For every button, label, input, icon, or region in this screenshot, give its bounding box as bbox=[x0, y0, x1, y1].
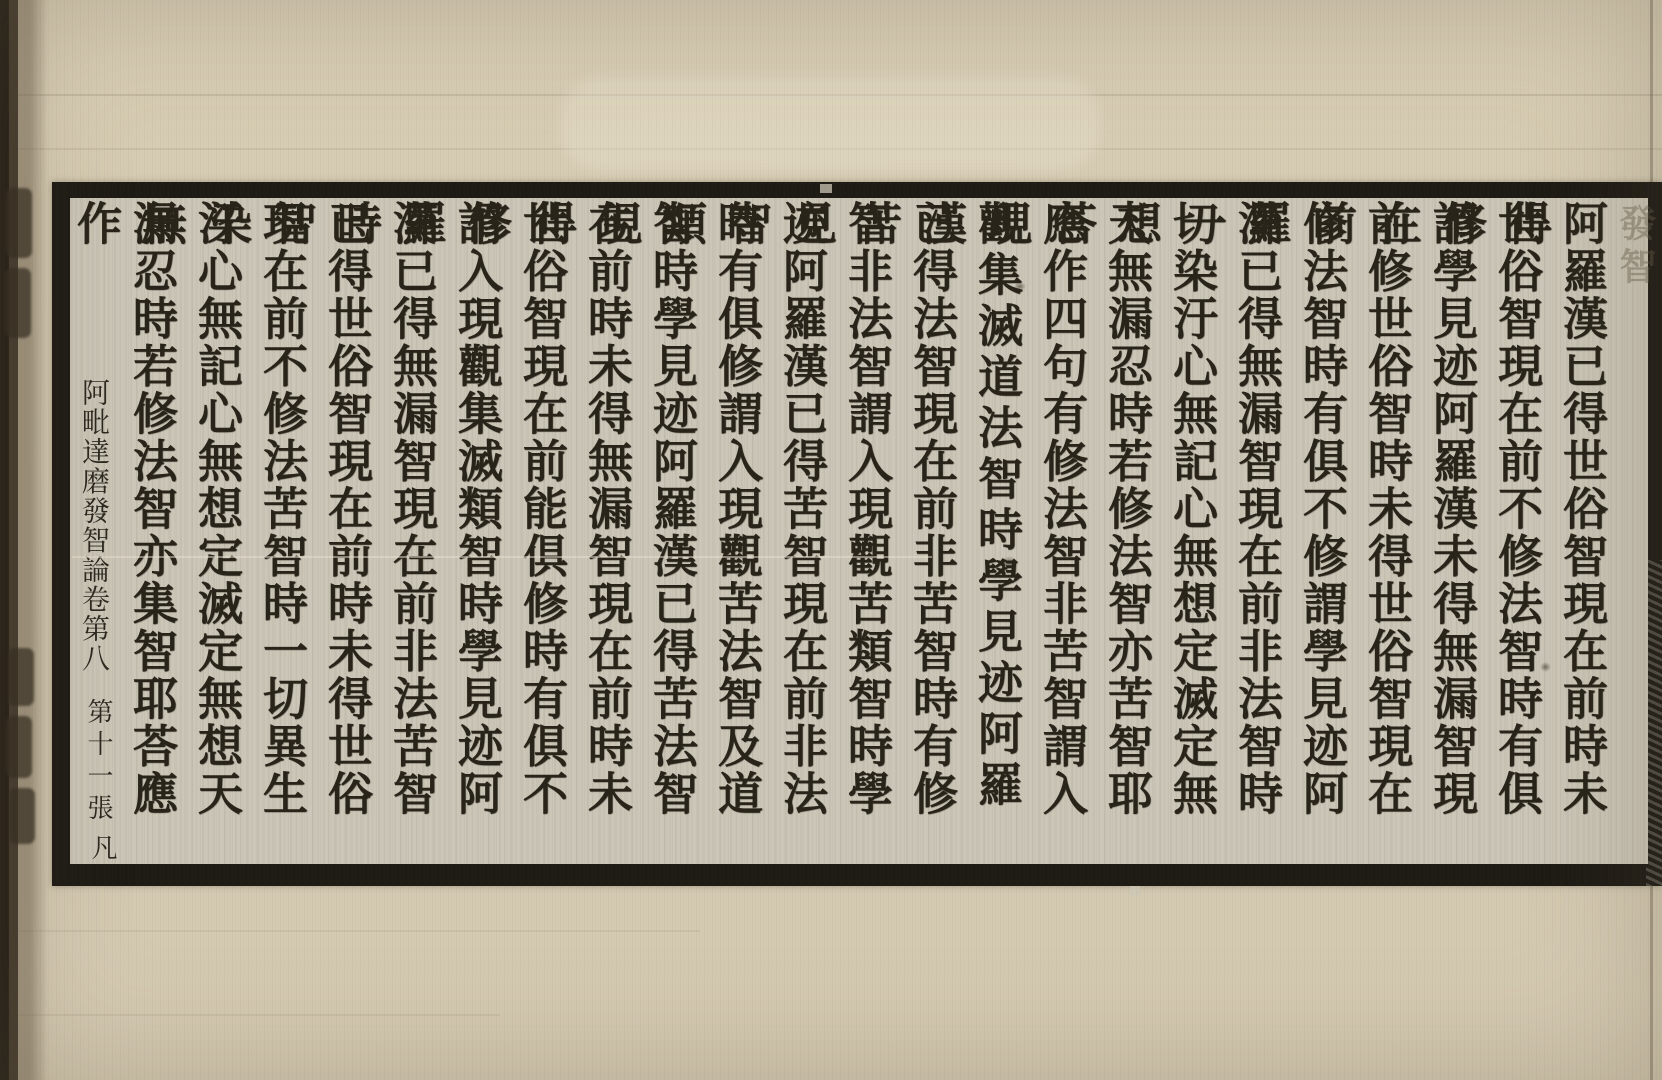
text-column-13: 迹阿羅漢已得苦智現在前非法智 bbox=[773, 200, 829, 860]
book-spine-edge bbox=[0, 0, 48, 1080]
spine-fragment bbox=[9, 788, 35, 844]
text-column-6: 漢已得無漏智現在前非法智時一 bbox=[1228, 200, 1284, 860]
colophon-title: 阿毗達磨發智論卷第八 bbox=[74, 378, 114, 673]
text-column-11: 已得法智現在前非苦智時有修苦 bbox=[903, 200, 959, 860]
ink-smudge bbox=[1014, 282, 1026, 291]
paper-crease bbox=[0, 930, 700, 932]
ink-smudge bbox=[1540, 662, 1551, 672]
text-column-3: 謂學見迹阿羅漢未得無漏智現在 bbox=[1423, 200, 1479, 860]
text-column-2: 世俗智現在前不修法智時有俱修 bbox=[1488, 200, 1544, 860]
text-column-19: 漢已得無漏智現在前非法苦智時 bbox=[383, 200, 439, 860]
text-column-23: 漏忍時若修法智亦集智耶荅應作 bbox=[123, 200, 179, 860]
text-column-5: 修法智時有俱不修謂學見迹阿羅 bbox=[1293, 200, 1349, 860]
ear-label: 發智 bbox=[1608, 204, 1662, 290]
border-nick bbox=[820, 184, 832, 193]
text-column-17: 世俗智現在前能俱修時有俱不修 bbox=[513, 200, 569, 860]
paper-crease bbox=[0, 1014, 500, 1016]
text-column-9: 應作四句有修法智非苦智謂入現 bbox=[1033, 200, 1089, 860]
text-column-8: 天無漏忍時若修法智亦苦智耶荅 bbox=[1098, 200, 1154, 860]
text-column-18: 謂入現觀集滅類智時學見迹阿羅 bbox=[448, 200, 504, 860]
text-column-7: 切染汙心無記心無想定滅定無想 bbox=[1163, 200, 1219, 860]
text-column-14: 時有俱修謂入現觀苦法智及道類 bbox=[708, 200, 764, 860]
text-column-21: 現在前不修法苦智時一切異生染 bbox=[253, 200, 309, 860]
text-column-12: 智非法智謂入現觀苦類智時學見 bbox=[838, 200, 894, 860]
colophon-engraver-mark: 凡 bbox=[84, 834, 121, 860]
border-nick bbox=[1130, 886, 1140, 896]
ink-smudge bbox=[1000, 556, 1018, 570]
text-column-22: 汙心無記心無想定滅定無想天無 bbox=[188, 200, 244, 860]
scanned-page: 發智 阿羅漢已得世俗智現在前時未得 世俗智現在前不修法智時有俱修 謂學見迹阿羅漢… bbox=[0, 0, 1662, 1080]
text-column-20: 已得世俗智現在前時未得世俗智 bbox=[318, 200, 374, 860]
text-column-4: 前修世俗智時未得世俗智現在前 bbox=[1358, 200, 1414, 860]
text-column-16: 在前時未得無漏智現在前時未得 bbox=[578, 200, 634, 860]
border-rough-edge bbox=[1646, 560, 1662, 886]
text-column-15: 智時學見迹阿羅漢已得苦法智現 bbox=[643, 200, 699, 860]
spine-fragment bbox=[5, 268, 31, 338]
paper-crease bbox=[72, 556, 932, 558]
text-column-1: 阿羅漢已得世俗智現在前時未得 bbox=[1553, 200, 1609, 860]
spine-fragment bbox=[6, 716, 32, 778]
colophon-sheet-label: 第十一張 bbox=[80, 698, 117, 826]
bleed-through-patch bbox=[560, 78, 1100, 170]
text-column-10: 觀集滅道法智時學見迹阿羅漢 bbox=[968, 200, 1024, 860]
spine-fragment bbox=[8, 648, 34, 706]
spine-fragment bbox=[6, 188, 32, 258]
